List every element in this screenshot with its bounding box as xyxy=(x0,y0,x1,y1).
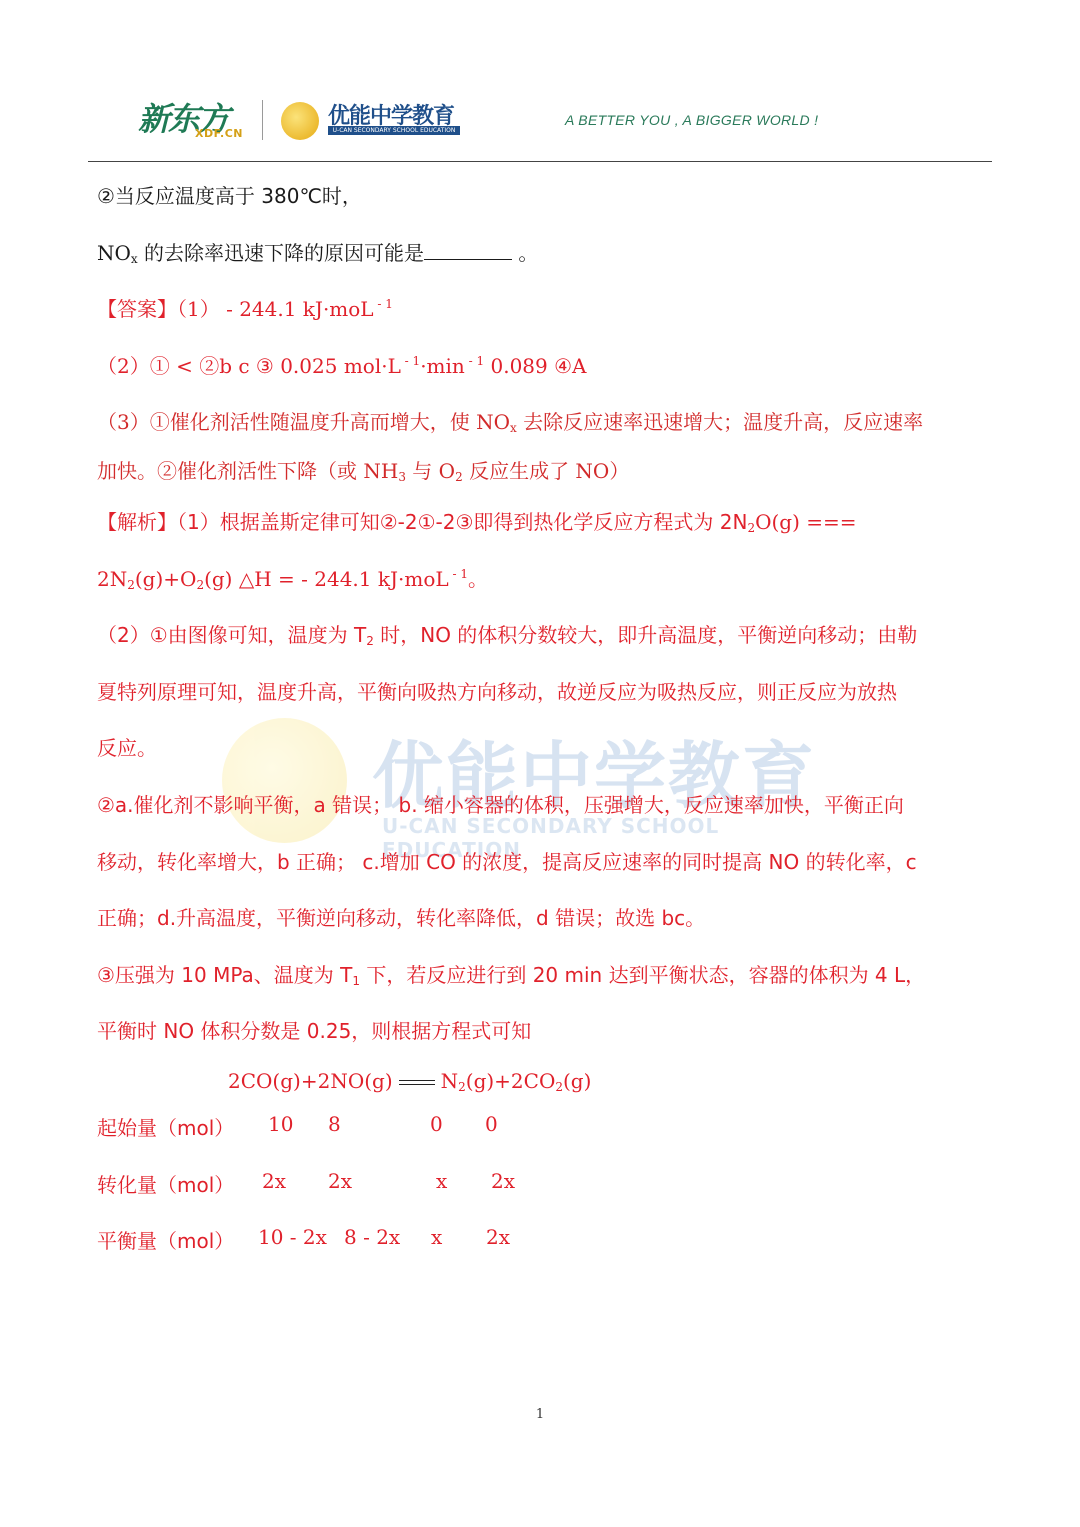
table-cell: 10 xyxy=(268,1112,293,1136)
answer-part-3c: 加快。②催化剂活性下降（或 NH xyxy=(97,459,398,483)
subscript: x xyxy=(131,252,138,266)
watermark-emblem-icon xyxy=(222,718,347,843)
analysis-text: 下，若反应进行到 20 min 达到平衡状态，容器的体积为 4 L， xyxy=(360,963,925,987)
question-text: 的去除率迅速下降的原因可能是 xyxy=(138,241,424,265)
answer-part-2-mid: ·min xyxy=(420,354,465,378)
table-cell: 8 xyxy=(328,1112,341,1136)
row-label: 起始量（mol） xyxy=(97,1112,234,1141)
answer-part-3b: 去除反应速率迅速增大；温度升高，反应速率 xyxy=(517,410,923,434)
analysis-text: (g)+O xyxy=(135,567,197,591)
answer-part-2-end: 0.089 ④A xyxy=(484,354,586,378)
subscript: 2 xyxy=(455,470,463,484)
answer-label: 【答案】 xyxy=(97,297,177,321)
row-label: 平衡量（mol） xyxy=(97,1225,234,1254)
analysis-text: 。 xyxy=(468,567,488,591)
answer-part-1: （1） - 244.1 kJ·moL xyxy=(177,297,374,321)
table-cell: 8 - 2x xyxy=(344,1225,400,1249)
watermark: 优能中学教育 U-CAN SECONDARY SCHOOL EDUCATION xyxy=(222,718,862,848)
subscript: x xyxy=(510,421,517,435)
subscript: 2 xyxy=(127,578,135,592)
ucan-logo-subtitle: U-CAN SECONDARY SCHOOL EDUCATION xyxy=(328,126,460,135)
analysis-line-8: 正确；d.升高温度，平衡逆向移动，转化率降低，d 错误；故选 bc。 xyxy=(97,902,705,931)
answer-part-3e: 反应生成了 NO） xyxy=(463,459,630,483)
superscript: - 1 xyxy=(449,567,468,581)
header-divider xyxy=(88,161,992,162)
answer-part-3a: （3）①催化剂活性随温度升高而增大，使 NO xyxy=(97,410,510,434)
subscript: 2 xyxy=(747,521,755,535)
answer-blank xyxy=(424,243,512,260)
analysis-text: 2N xyxy=(97,567,127,591)
answer-part-3d: 与 O xyxy=(406,459,455,483)
analysis-line-4: 夏特列原理可知，温度升高，平衡向吸热方向移动，故逆反应为吸热反应，则正反应为放热 xyxy=(97,676,897,705)
equation-reactants: 2CO(g)+2NO(g) xyxy=(228,1069,393,1093)
analysis-text: （2）①由图像可知，温度为 T xyxy=(97,623,366,647)
page-number: 1 xyxy=(0,1407,1080,1422)
analysis-line-9: ③压强为 10 MPa、温度为 T1 下，若反应进行到 20 min 达到平衡状… xyxy=(97,959,925,988)
answer-line-3: （3）①催化剂活性随温度升高而增大，使 NOx 去除反应速率迅速增大；温度升高，… xyxy=(97,406,923,435)
analysis-label: 【解析】 xyxy=(97,510,177,534)
subscript: 2 xyxy=(366,634,374,648)
table-cell: x xyxy=(431,1225,442,1249)
superscript: - 1 xyxy=(465,354,484,368)
xdf-logo: 新东方 XDF.CN xyxy=(138,94,243,144)
table-cell: 0 xyxy=(485,1112,498,1136)
equation-products: (g)+2CO xyxy=(466,1069,556,1093)
analysis-line-6: ②a.催化剂不影响平衡，a 错误； b. 缩小容器的体积，压强增大，反应速率加快… xyxy=(97,789,904,818)
answer-line-4: 加快。②催化剂活性下降（或 NH3 与 O2 反应生成了 NO） xyxy=(97,455,629,484)
table-cell: 2x xyxy=(491,1169,515,1193)
subscript: 3 xyxy=(398,470,406,484)
analysis-line-3: （2）①由图像可知，温度为 T2 时，NO 的体积分数较大，即升高温度，平衡逆向… xyxy=(97,619,917,648)
table-cell: 2x xyxy=(262,1169,286,1193)
ucan-emblem-icon xyxy=(281,102,319,140)
superscript: - 1 xyxy=(374,297,393,311)
table-cell: 10 - 2x xyxy=(258,1225,327,1249)
equilibrium-arrow-icon xyxy=(399,1079,435,1087)
analysis-line-1: 【解析】（1）根据盖斯定律可知②-2①-2③即得到热化学反应方程式为 2N2O(… xyxy=(97,506,857,535)
table-cell: x xyxy=(436,1169,447,1193)
header-slogan: A BETTER YOU , A BIGGER WORLD ! xyxy=(565,112,818,128)
analysis-text: （1）根据盖斯定律可知②-2①-2③即得到热化学反应方程式为 2N xyxy=(177,510,747,534)
question-end: 。 xyxy=(512,241,538,265)
table-cell: 0 xyxy=(430,1112,443,1136)
subscript: 2 xyxy=(555,1080,563,1094)
row-label: 转化量（mol） xyxy=(97,1169,234,1198)
table-cell: 2x xyxy=(486,1225,510,1249)
analysis-line-10: 平衡时 NO 体积分数是 0.25，则根据方程式可知 xyxy=(97,1015,531,1044)
question-nox: NO xyxy=(97,241,131,265)
analysis-line-2: 2N2(g)+O2(g) △H = - 244.1 kJ·moL - 1。 xyxy=(97,563,488,592)
xdf-logo-domain: XDF.CN xyxy=(138,127,243,140)
analysis-text: ③压强为 10 MPa、温度为 T xyxy=(97,963,352,987)
analysis-text: 时，NO 的体积分数较大，即升高温度，平衡逆向移动；由勒 xyxy=(374,623,917,647)
question-line-2: NOx 的去除率迅速下降的原因可能是 。 xyxy=(97,237,538,266)
superscript: - 1 xyxy=(401,354,420,368)
equation-products: N xyxy=(441,1069,459,1093)
page-header: 新东方 XDF.CN 优能中学教育 U-CAN SECONDARY SCHOOL… xyxy=(88,92,992,162)
chemical-equation: 2CO(g)+2NO(g)N2(g)+2CO2(g) xyxy=(228,1069,591,1094)
answer-line-2: （2）① < ②b c ③ 0.025 mol·L - 1·min - 1 0.… xyxy=(97,350,586,379)
answer-part-2: （2）① < ②b c ③ 0.025 mol·L xyxy=(97,354,401,378)
answer-line-1: 【答案】（1） - 244.1 kJ·moL - 1 xyxy=(97,293,393,322)
subscript: 1 xyxy=(352,974,360,988)
analysis-text: O(g) === xyxy=(755,510,856,534)
logo-divider xyxy=(262,100,263,140)
subscript: 2 xyxy=(196,578,204,592)
analysis-text: (g) △H = - 244.1 kJ·moL xyxy=(204,567,449,591)
table-cell: 2x xyxy=(328,1169,352,1193)
analysis-line-5: 反应。 xyxy=(97,732,157,761)
question-line-1: ②当反应温度高于 380℃时， xyxy=(97,180,362,209)
equation-products: (g) xyxy=(563,1069,591,1093)
analysis-line-7: 移动，转化率增大，b 正确； c.增加 CO 的浓度，提高反应速率的同时提高 N… xyxy=(97,846,917,875)
subscript: 2 xyxy=(458,1080,466,1094)
